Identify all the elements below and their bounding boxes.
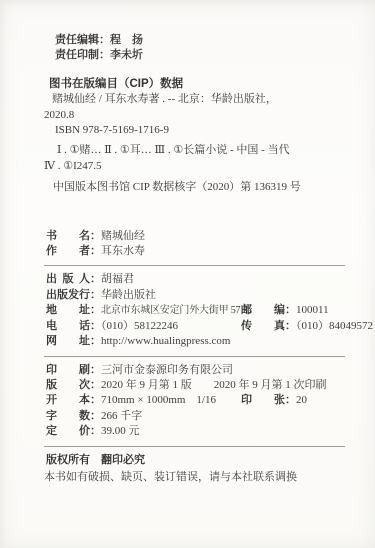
editor-row: 责任印制：李未圻 [55,48,345,63]
field-label: 印 张： [241,394,296,406]
copyright-block: 版权所有 翻印必究 本书如有破损、缺页、装订错误，请与本社联系调换 [44,453,345,485]
field-value: 李未圻 [110,49,143,61]
divider [44,356,345,357]
address-pair: 地 址：北京市东城区安定门外大街甲 57 号 [46,304,252,316]
field-label: 地 址： [46,304,101,316]
field-value: 耳东水寿 [101,245,145,257]
info-row: 定 价：39.00 元 [44,424,345,439]
field-value: 三河市金泰源印务有限公司 [101,364,233,376]
info-row: 开 本：710mm × 1000mm 1/16 印 张：20 [44,393,345,408]
field-label: 版 次： [46,379,101,391]
field-value: 2020 年 9 月第 1 版 2020 年 9 月第 1 次印刷 [101,379,327,391]
cip-isbn: ISBN 978-7-5169-1716-9 [44,123,345,138]
field-label: 书 名： [46,230,101,242]
field-value: 胡福君 [101,273,134,285]
publisher-block: 出 版 人：胡福君 出版发行：华龄出版社 地 址：北京市东城区安定门外大街甲 5… [44,272,345,349]
field-value: 266 千字 [101,410,142,422]
cip-block: 图书在版编目（CIP）数据 赌城仙经 / 耳东水寿著 . -- 北京：华龄出版社… [44,77,345,196]
divider [44,265,345,266]
field-label: 出版发行： [46,289,101,301]
field-value: （010）84049572 [296,320,373,332]
cip-entry-line1: 赌城仙经 / 耳东水寿著 . -- 北京：华龄出版社， [44,92,345,107]
field-label: 邮 编： [241,304,296,316]
field-label: 电 话： [46,320,101,332]
info-row: 字 数：266 千字 [44,409,345,424]
cip-record-number: 中国版本图书馆 CIP 数据核字（2020）第 136319 号 [44,180,345,195]
cip-heading: 图书在版编目（CIP）数据 [44,77,345,92]
cip-class-line2: Ⅳ . ①I247.5 [44,159,345,174]
colophon-page: 责任编辑：程 扬 责任印制：李未圻 图书在版编目（CIP）数据 赌城仙经 / 耳… [0,0,375,548]
field-value: （010）58122246 [101,320,178,332]
field-label: 作 者： [46,245,101,257]
field-value: 710mm × 1000mm 1/16 [101,394,216,406]
website-url: http://www.hualingpress.com [101,335,230,347]
field-value: 程 扬 [110,34,143,46]
field-label: 传 真： [241,320,296,332]
format-pair: 开 本：710mm × 1000mm 1/16 [46,394,216,406]
field-label: 责任印制： [55,49,110,61]
info-row: 网 址：http://www.hualingpress.com [44,334,345,349]
copyright-notice: 版权所有 翻印必究 [44,453,345,468]
field-value: 华龄出版社 [101,289,156,301]
editor-row: 责任编辑：程 扬 [55,33,345,48]
info-row: 作 者：耳东水寿 [44,244,345,259]
info-row: 版 次：2020 年 9 月第 1 版 2020 年 9 月第 1 次印刷 [44,378,345,393]
info-row: 地 址：北京市东城区安定门外大街甲 57 号 邮 编：100011 [44,303,345,318]
cip-entry-line2: 2020.8 [44,108,345,123]
field-value: 20 [296,394,307,406]
divider [44,446,345,447]
field-value: 赌城仙经 [101,230,145,242]
printing-block: 印 刷：三河市金泰源印务有限公司 版 次：2020 年 9 月第 1 版 202… [44,363,345,440]
copyright-note: 本书如有破损、缺页、装订错误，请与本社联系调换 [44,469,345,485]
field-value: 北京市东城区安定门外大街甲 57 号 [101,305,252,316]
info-row: 出版发行：华龄出版社 [44,288,345,303]
info-row: 印 刷：三河市金泰源印务有限公司 [44,363,345,378]
field-label: 定 价： [46,425,101,437]
field-label: 开 本： [46,394,101,406]
field-label: 责任编辑： [55,34,110,46]
field-label: 出 版 人： [46,273,101,285]
colophon-content: 责任编辑：程 扬 责任印制：李未圻 图书在版编目（CIP）数据 赌城仙经 / 耳… [0,0,375,485]
postcode-pair: 邮 编：100011 [241,303,329,318]
field-value: 100011 [296,304,329,316]
fax-pair: 传 真：（010）84049572 [241,319,373,334]
field-label: 印 刷： [46,364,101,376]
editors-block: 责任编辑：程 扬 责任印制：李未圻 [44,33,345,64]
sheets-pair: 印 张：20 [241,393,307,408]
field-value: 39.00 元 [101,425,140,437]
cip-classification: Ⅰ . ①赌… Ⅱ . ①耳… Ⅲ . ①长篇小说 - 中国 - 当代 Ⅳ . … [44,143,345,174]
info-row: 书 名：赌城仙经 [44,229,345,244]
field-label: 字 数： [46,410,101,422]
info-row: 电 话：（010）58122246 传 真：（010）84049572 [44,319,345,334]
phone-pair: 电 话：（010）58122246 [46,320,178,332]
info-row: 出 版 人：胡福君 [44,272,345,287]
book-info-block: 书 名：赌城仙经 作 者：耳东水寿 [44,229,345,260]
cip-class-line1: Ⅰ . ①赌… Ⅱ . ①耳… Ⅲ . ①长篇小说 - 中国 - 当代 [44,143,345,158]
field-label: 网 址： [46,335,101,347]
